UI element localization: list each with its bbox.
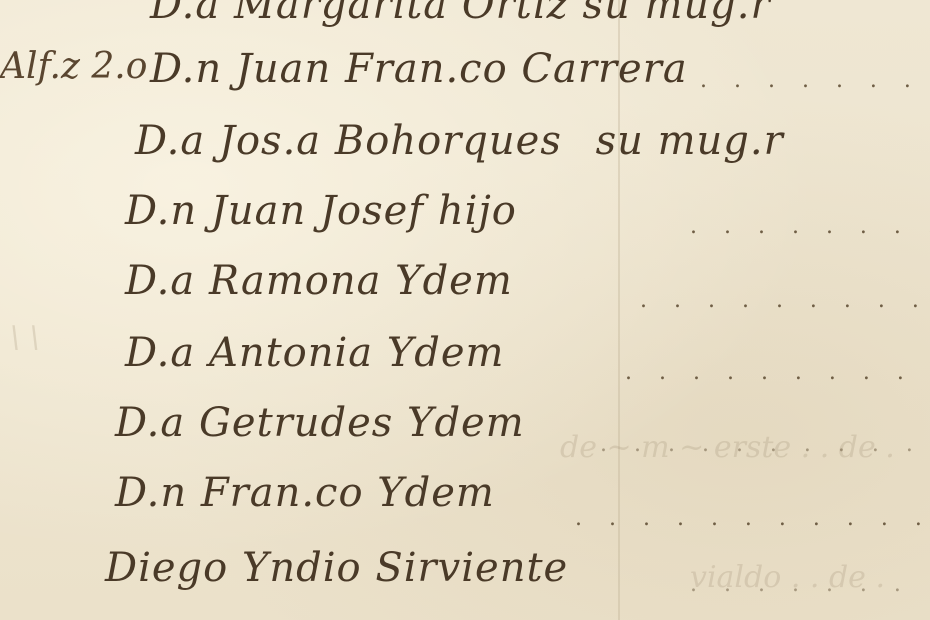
entry-name: Antonia <box>209 330 373 376</box>
entry-line: D.n Fran.co Ydem <box>115 470 495 516</box>
entry-prefix: D.a <box>150 0 220 28</box>
entry-prefix: D.n <box>125 188 197 234</box>
leader-dots: . . . . . . . <box>690 572 911 597</box>
entry-relation: hijo <box>438 188 517 234</box>
entry-prefix: D.a <box>115 400 185 446</box>
entry-relation: Ydem <box>387 330 505 376</box>
entry-prefix: D.n <box>115 470 187 516</box>
entry-name: Fran.co <box>201 470 364 516</box>
entry-name: Getrudes <box>199 400 393 446</box>
entry-relation: su mug.r <box>596 118 784 164</box>
leader-dots: . . . . . . . . . <box>690 214 930 239</box>
entry-line: D.a Ramona Ydem <box>125 258 513 304</box>
entry-line: D.n Juan Josef hijo <box>125 188 517 234</box>
margin-note: Alf.z 2.o <box>0 46 147 87</box>
entry-line: D.a Antonia Ydem <box>125 330 505 376</box>
leader-dots: . . . . . . . . . . . <box>575 506 930 531</box>
leader-dots: . . . . . . . . . <box>700 68 930 93</box>
entry-relation: Ydem <box>395 258 513 304</box>
leader-dots: . . . . . . . . . . <box>640 288 930 313</box>
entry-prefix: D.a <box>135 118 205 164</box>
entry-name: Juan Fran.co Carrera <box>236 46 688 92</box>
entry-name: Jos.a Bohorques <box>219 118 562 164</box>
entry-name: Ramona <box>209 258 382 304</box>
entry-relation: Ydem <box>407 400 525 446</box>
entry-prefix: D.a <box>125 330 195 376</box>
entry-relation: Yndio Sirviente <box>242 545 568 591</box>
entry-line: D.a Margarita Ortiz su mug.r <box>150 0 771 28</box>
entry-line: D.a Jos.a Bohorques su mug.r <box>135 118 784 164</box>
entry-line: D.a Getrudes Ydem <box>115 400 525 446</box>
entry-prefix: D.a <box>125 258 195 304</box>
entry-name: Diego <box>105 545 228 591</box>
entry-name: Margarita Ortiz <box>234 0 569 28</box>
bleed-through-text: \ \ <box>10 320 40 355</box>
leader-dots: . . . . . . . . . . <box>625 360 930 385</box>
entry-relation: Ydem <box>377 470 495 516</box>
entry-relation: su mug.r <box>582 0 770 28</box>
leader-dots: . . . . . . . . . . . . <box>600 432 930 457</box>
entry-line: Diego Yndio Sirviente <box>105 545 568 591</box>
entry-line: D.n Juan Fran.co Carrera <box>150 46 688 92</box>
entry-name: Juan Josef <box>211 188 424 234</box>
entry-prefix: D.n <box>150 46 222 92</box>
